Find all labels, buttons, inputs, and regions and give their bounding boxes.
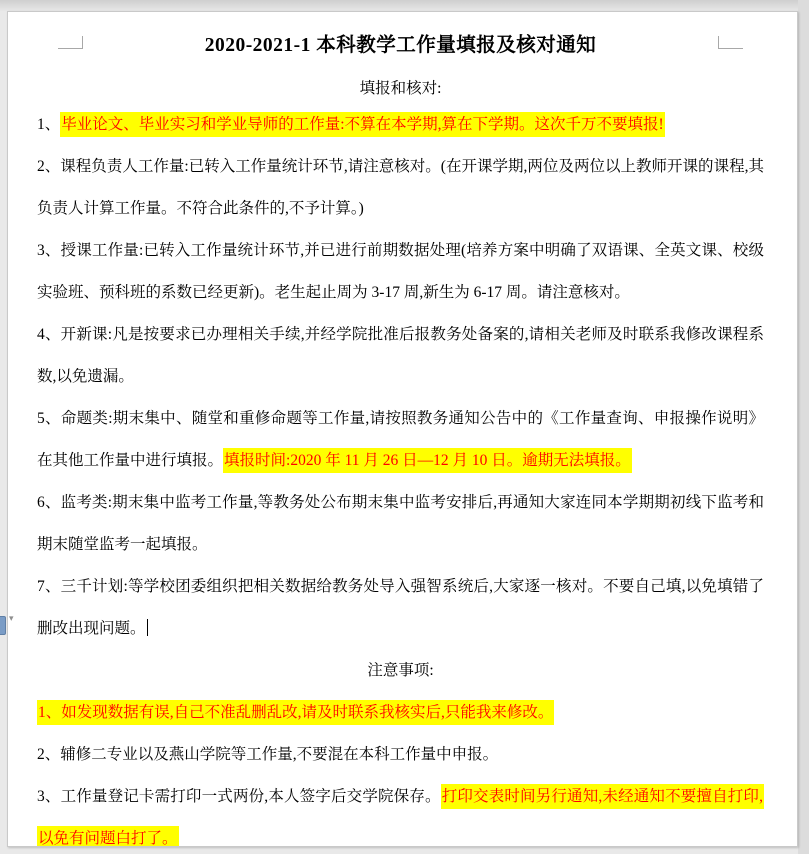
highlighted-text: 1、如发现数据有误,自己不准乱删乱改,请及时联系我核实后,只能我来修改。 — [37, 700, 554, 725]
paragraph[interactable]: 4、开新课:凡是按要求已办理相关手续,并经学院批准后报教务处备案的,请相关老师及… — [37, 314, 764, 398]
paragraph[interactable]: 1、如发现数据有误,自己不准乱删乱改,请及时联系我核实后,只能我来修改。 — [37, 692, 764, 734]
body-text: 1、 — [37, 116, 60, 133]
section-heading[interactable]: 注意事项: — [37, 650, 764, 692]
body-text: 6、监考类:期末集中监考工作量,等教务处公布期末集中监考安排后,再通知大家连同本… — [37, 494, 764, 553]
paragraph[interactable]: 2、辅修二专业以及燕山学院等工作量,不要混在本科工作量中申报。 — [37, 734, 764, 776]
document-title[interactable]: 2020-2021-1 本科教学工作量填报及核对通知 — [37, 32, 764, 60]
body-text: 4、开新课:凡是按要求已办理相关手续,并经学院批准后报教务处备案的,请相关老师及… — [37, 326, 764, 385]
highlighted-text: 填报时间:2020 年 11 月 26 日—12 月 10 日。逾期无法填报。 — [223, 448, 632, 473]
paragraph[interactable]: 7、三千计划:等学校团委组织把相关数据给教务处导入强智系统后,大家逐一核对。不要… — [37, 566, 764, 650]
chevron-down-icon[interactable]: ▾ — [9, 614, 14, 624]
highlighted-text: 毕业论文、毕业实习和学业导师的工作量:不算在本学期,算在下学期。这次千万不要填报… — [60, 112, 664, 137]
document-sections: 填报和核对:1、毕业论文、毕业实习和学业导师的工作量:不算在本学期,算在下学期。… — [37, 74, 764, 847]
paragraph[interactable]: 6、监考类:期末集中监考工作量,等教务处公布期末集中监考安排后,再通知大家连同本… — [37, 482, 764, 566]
paragraph[interactable]: 3、授课工作量:已转入工作量统计环节,并已进行前期数据处理(培养方案中明确了双语… — [37, 230, 764, 314]
clipboard-icon[interactable] — [0, 616, 6, 635]
body-text: 2、辅修二专业以及燕山学院等工作量,不要混在本科工作量中申报。 — [37, 746, 498, 763]
margin-widget[interactable]: ▾ — [0, 612, 20, 632]
section-heading[interactable]: 填报和核对: — [37, 74, 764, 104]
text-cursor — [147, 619, 149, 636]
canvas-top-margin — [0, 0, 809, 11]
body-text: 3、工作量登记卡需打印一式两份,本人签字后交学院保存。 — [37, 788, 441, 805]
paragraph[interactable]: 5、命题类:期末集中、随堂和重修命题等工作量,请按照教务通知公告中的《工作量查询… — [37, 398, 764, 482]
document-page[interactable]: 2020-2021-1 本科教学工作量填报及核对通知 填报和核对:1、毕业论文、… — [7, 11, 798, 847]
canvas-right-margin — [798, 0, 809, 854]
body-text: 2、课程负责人工作量:已转入工作量统计环节,请注意核对。(在开课学期,两位及两位… — [37, 158, 764, 217]
editor-canvas: 2020-2021-1 本科教学工作量填报及核对通知 填报和核对:1、毕业论文、… — [0, 0, 809, 854]
paragraph[interactable]: 2、课程负责人工作量:已转入工作量统计环节,请注意核对。(在开课学期,两位及两位… — [37, 146, 764, 230]
document-body[interactable]: 2020-2021-1 本科教学工作量填报及核对通知 填报和核对:1、毕业论文、… — [8, 12, 797, 847]
body-text: 3、授课工作量:已转入工作量统计环节,并已进行前期数据处理(培养方案中明确了双语… — [37, 242, 764, 301]
paragraph[interactable]: 1、毕业论文、毕业实习和学业导师的工作量:不算在本学期,算在下学期。这次千万不要… — [37, 104, 764, 146]
paragraph[interactable]: 3、工作量登记卡需打印一式两份,本人签字后交学院保存。打印交表时间另行通知,未经… — [37, 776, 764, 847]
